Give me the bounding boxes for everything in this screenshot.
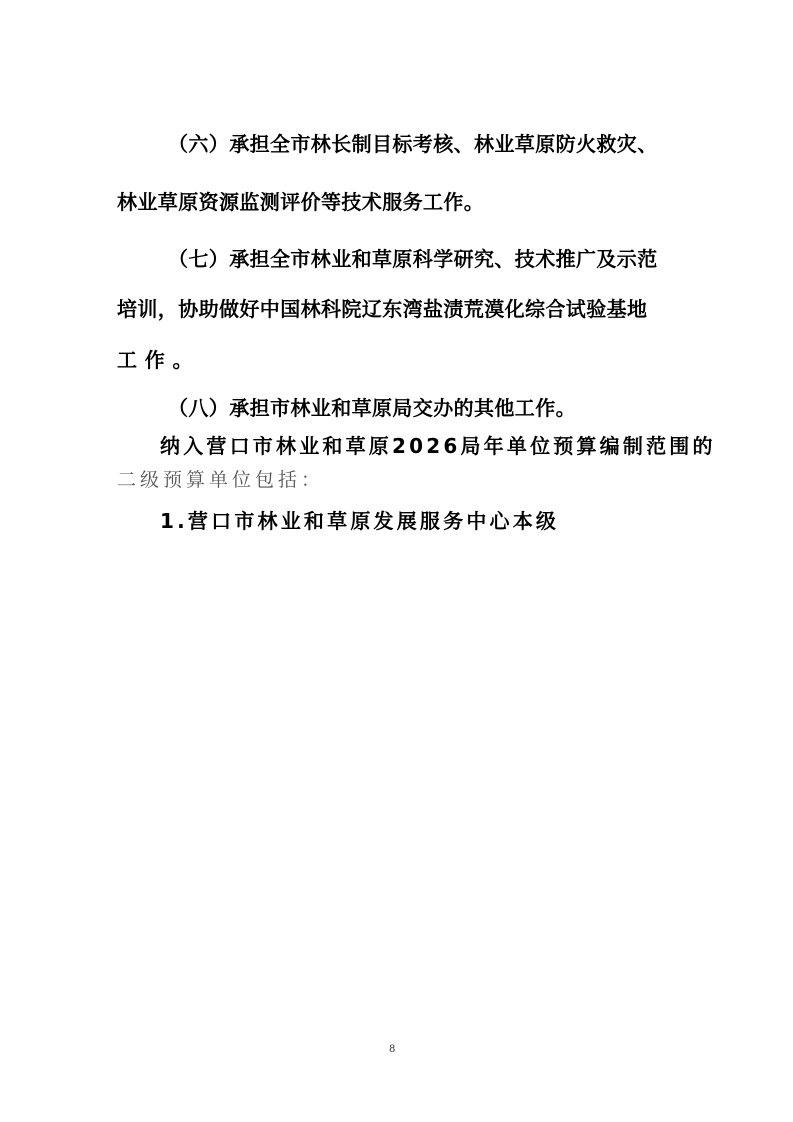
- budget-unit-item-1: 1.营口市林业和草原发展服务中心本级: [160, 511, 559, 531]
- page-number: 8: [389, 1044, 395, 1055]
- paragraph-6-line-1: （六）承担全市林长制目标考核、林业草原防火救灾、: [168, 134, 658, 154]
- paragraph-8-line-1: （八）承担市林业和草原局交办的其他工作。: [168, 398, 576, 418]
- budget-scope-line-2: 二级预算单位包括：: [117, 471, 324, 490]
- budget-scope-line-1: 纳入营口市林业和草原2026局年单位预算编制范围的: [160, 436, 716, 456]
- paragraph-7-line-1: （七）承担全市林业和草原科学研究、技术推广及示范: [168, 249, 658, 269]
- paragraph-7-line-3: 工 作 。: [117, 350, 193, 370]
- paragraph-6-line-2: 林业草原资源监测评价等技术服务工作。: [117, 192, 484, 212]
- paragraph-7-line-2: 培训，协助做好中国林科院辽东湾盐渍荒漠化综合试验基地: [117, 299, 647, 319]
